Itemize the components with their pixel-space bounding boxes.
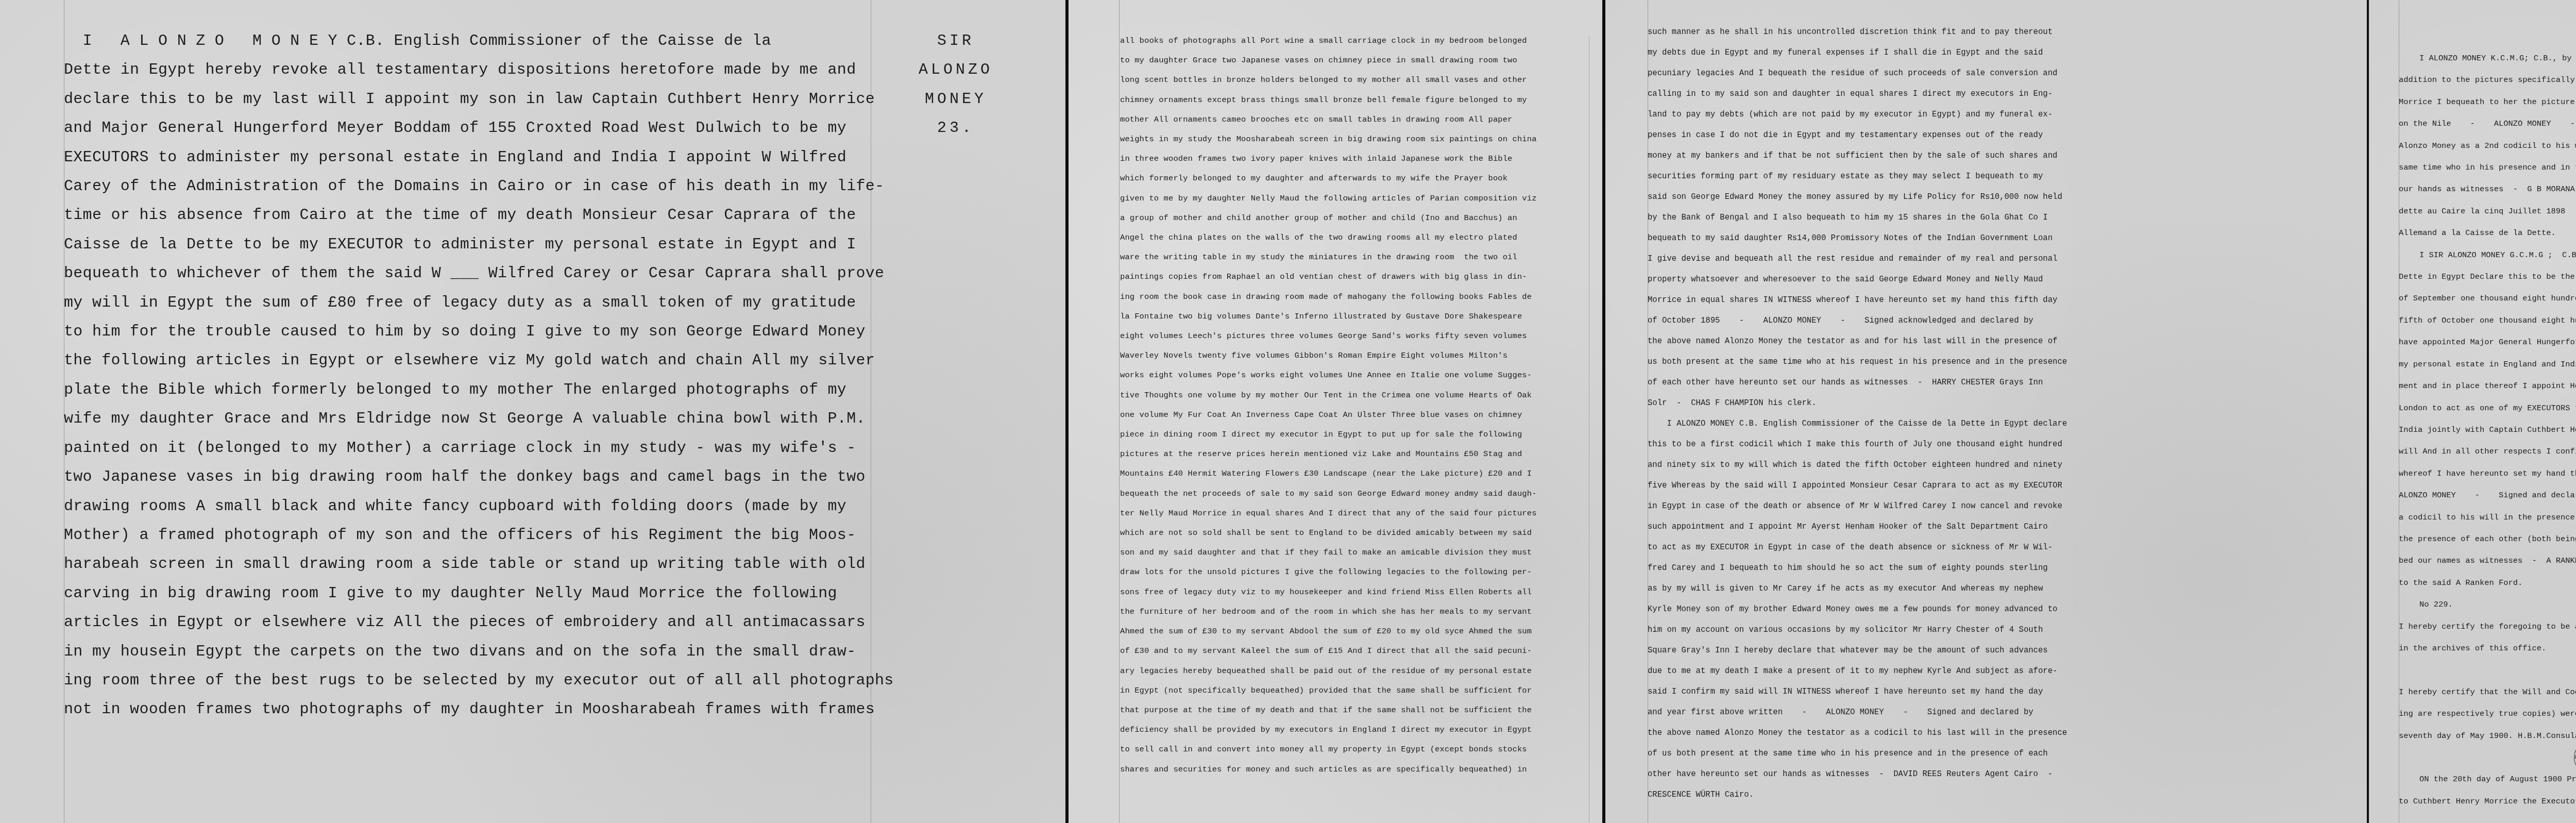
text-line: L.S.Raph: Borg. H.M's Consul.: [2399, 747, 2576, 768]
text-line: a group of mother and child another grou…: [1120, 208, 1537, 228]
text-line: the following articles in Egypt or elsew…: [64, 346, 894, 375]
text-line: carving in big drawing room I give to my…: [64, 579, 894, 608]
text-line: to act as my EXECUTOR in Egypt in case o…: [1648, 537, 2067, 558]
text-line: the above named Alonzo Money the testato…: [1648, 723, 2067, 743]
text-line: property whatsoever and wheresoever to t…: [1648, 269, 2067, 290]
text-line: tive Thoughts one volume by my mother Ou…: [1120, 385, 1537, 405]
right-margin-rule: [1589, 36, 1589, 823]
text-line: mother All ornaments cameo brooches etc …: [1120, 110, 1537, 129]
text-line: Angel the china plates on the walls of t…: [1120, 228, 1537, 247]
text-line: Waverley Novels twenty five volumes Gibb…: [1120, 346, 1537, 365]
text-line: money at my bankers and if that be not s…: [1648, 145, 2067, 166]
text-line: by the Bank of Bengal and I also bequeat…: [1648, 207, 2067, 228]
text-line: to sell call in and convert into money a…: [1120, 740, 1537, 759]
margin-rule: [1119, 0, 1120, 823]
text-line: which are not so sold shall be sent to E…: [1120, 523, 1537, 543]
text-line: pictures at the reserve prices herein me…: [1120, 444, 1537, 464]
text-line: Dette in Egypt hereby revoke all testame…: [64, 56, 894, 85]
text-line: due to me at my death I make a present o…: [1648, 661, 2067, 681]
text-line: EXECUTORS to administer my personal esta…: [64, 143, 894, 172]
text-line: ter Nelly Maud Morrice in equal shares A…: [1120, 503, 1537, 523]
text-line: us both present at the same time who at …: [1648, 351, 2067, 372]
text-line: draw lots for the unsold pictures I give…: [1120, 562, 1537, 582]
text-line: land to pay my debts (which are not paid…: [1648, 104, 2067, 125]
text-line: the presence of each other (both being p…: [2399, 528, 2576, 550]
text-line: said I confirm my said will IN WITNESS w…: [1648, 681, 2067, 702]
text-line: fifth of October one thousand eight hund…: [2399, 310, 2576, 331]
side-note-testator-name: SIRALONZOMONEY23.: [904, 27, 1007, 143]
text-line: paintings copies from Raphael an old ven…: [1120, 267, 1537, 287]
text-line: ary legacies hereby bequeathed shall be …: [1120, 661, 1537, 681]
text-line: such manner as he shall in his uncontrol…: [1648, 22, 2067, 42]
text-line: that purpose at the time of my death and…: [1120, 700, 1537, 720]
text-line: son and my said daughter and that if the…: [1120, 543, 1537, 562]
text-line: and Major General Hungerford Meyer Bodda…: [64, 114, 894, 143]
text-line: ing room the book case in drawing room m…: [1120, 287, 1537, 307]
text-line: ing are respectively true copies) were d…: [2399, 703, 2576, 725]
text-line: seventh day of May 1900. H.B.M.Consular …: [2399, 725, 2576, 747]
page-panel-4: I ALONZO MONEY K.C.M.G; C.B., by this se…: [2369, 0, 2576, 823]
page-panel-2: all books of photographs all Port wine a…: [1069, 0, 1602, 823]
second-codicil-and-probate-text: I ALONZO MONEY K.C.M.G; C.B., by this se…: [2399, 47, 2576, 812]
text-line: long scent bottles in bronze holders bel…: [1120, 70, 1537, 90]
text-line: I give devise and bequeath all the rest …: [1648, 248, 2067, 269]
text-line: Raph: Borg,H.M's Consul.: [2399, 659, 2576, 681]
text-line: of us both present at the same time who …: [1648, 743, 2067, 764]
text-line: on the Nile - ALONZO MONEY - Signed and …: [2399, 113, 2576, 135]
text-line: Carey of the Administration of the Domai…: [64, 172, 894, 201]
text-line: pecuniary legacies And I bequeath the re…: [1648, 63, 2067, 83]
page-panel-3: such manner as he shall in his uncontrol…: [1605, 0, 2367, 823]
text-line: Allemand a la Caisse de la Dette.: [2399, 222, 2576, 244]
text-line: of £30 and to my servant Kaleel the sum …: [1120, 641, 1537, 661]
text-line: MONEY: [904, 85, 1007, 114]
text-line: I hereby certify the foregoing to be a t…: [2399, 616, 2576, 637]
text-line: two Japanese vases in big drawing room h…: [64, 463, 894, 492]
text-line: one volume My Fur Coat An Inverness Cape…: [1120, 405, 1537, 425]
text-line: ware the writing table in my study the m…: [1120, 247, 1537, 267]
text-line: India jointly with Captain Cuthbert Henr…: [2399, 419, 2576, 441]
text-line: Dette in Egypt Declare this to be the se…: [2399, 266, 2576, 288]
will-residue-and-first-codicil-text: such manner as he shall in his uncontrol…: [1648, 22, 2067, 805]
text-line: fred Carey and I bequeath to him should …: [1648, 558, 2067, 578]
text-line: bequeath to whichever of them the said W…: [64, 259, 894, 288]
text-line: dette au Caire la cinq Juillet 1898 - OT…: [2399, 200, 2576, 222]
text-line: all books of photographs all Port wine a…: [1120, 31, 1537, 51]
text-line: addition to the pictures specifically be…: [2399, 69, 2576, 91]
text-line: to the said A Ranken Ford.: [2399, 572, 2576, 594]
text-line: same time who in his presence and in the…: [2399, 157, 2576, 178]
text-line: as by my will is given to Mr Carey if he…: [1648, 578, 2067, 599]
text-line: the above named Alonzo Money the testato…: [1648, 331, 2067, 351]
text-line: harabeah screen in small drawing room a …: [64, 550, 894, 579]
text-line: five Whereas by the said will I appointe…: [1648, 475, 2067, 496]
text-line: eight volumes Leech's pictures three vol…: [1120, 326, 1537, 346]
text-line: ON the 20th day of August 1900 Probate o…: [2399, 768, 2576, 790]
text-line: la Fontaine two big volumes Dante's Infe…: [1120, 307, 1537, 326]
text-line: sons free of legacy duty viz to my house…: [1120, 582, 1537, 602]
text-line: said son George Edward Money the money a…: [1648, 187, 2067, 207]
text-line: our hands as witnesses - G B MORANA TERM…: [2399, 178, 2576, 200]
text-line: deficiency shall be provided by my execu…: [1120, 720, 1537, 740]
text-line: Caisse de la Dette to be my EXECUTOR to …: [64, 230, 894, 259]
text-line: Square Gray's Inn I hereby declare that …: [1648, 640, 2067, 661]
text-line: have appointed Major General Hungerford …: [2399, 331, 2576, 353]
text-line: my personal estate in England and India …: [2399, 354, 2576, 375]
text-line: CRESCENCE WÜRTH Cairo.: [1648, 784, 2067, 805]
text-line: works eight volumes Pope's works eight v…: [1120, 365, 1537, 385]
text-line: Mother) a framed photograph of my son an…: [64, 521, 894, 550]
text-line: to Cuthbert Henry Morrice the Executor f…: [2399, 791, 2576, 812]
text-line: in the archives of this office. H.B.M. C…: [2399, 637, 2576, 659]
text-line: ing room three of the best rugs to be se…: [64, 666, 894, 695]
text-line: the furniture of her bedroom and of the …: [1120, 602, 1537, 622]
text-line: bequeath to my said daughter Rs14,000 Pr…: [1648, 228, 2067, 248]
text-line: not in wooden frames two photographs of …: [64, 695, 894, 724]
text-line: I A L O N Z O M O N E Y C.B. English Com…: [64, 27, 894, 56]
text-line: I SIR ALONZO MONEY G.C.M.G ; C.B; Englis…: [2399, 244, 2576, 266]
text-line: weights in my study the Moosharabeah scr…: [1120, 129, 1537, 149]
text-line: my will in Egypt the sum of £80 free of …: [64, 289, 894, 317]
text-line: which formerly belonged to my daughter a…: [1120, 169, 1537, 188]
text-line: I ALONZO MONEY K.C.M.G; C.B., by this se…: [2399, 47, 2576, 69]
text-line: securities forming part of my residuary …: [1648, 166, 2067, 187]
text-line: bed our names as witnesses - A RANKEN FO…: [2399, 550, 2576, 572]
text-line: ALONZO MONEY - Signed and declared by th…: [2399, 484, 2576, 506]
text-line: a codicil to his will in the presence of…: [2399, 507, 2576, 528]
text-line: articles in Egypt or elsewhere viz All t…: [64, 608, 894, 637]
text-line: in Egypt (not specifically bequeathed) p…: [1120, 681, 1537, 700]
text-line: given to me by my daughter Nelly Maud th…: [1120, 189, 1537, 208]
text-line: Alonzo Money as a 2nd codicil to his wil…: [2399, 135, 2576, 157]
text-line: of each other have hereunto set our hand…: [1648, 372, 2067, 393]
text-line: Mountains £40 Hermit Watering Flowers £3…: [1120, 464, 1537, 483]
text-line: other have hereunto set our hands as wit…: [1648, 764, 2067, 784]
text-line: my debts due in Egypt and my funeral exp…: [1648, 42, 2067, 63]
text-line: in three wooden frames two ivory paper k…: [1120, 149, 1537, 169]
text-line: in my housein Egypt the carpets on the t…: [64, 637, 894, 666]
text-line: penses in case I do not die in Egypt and…: [1648, 125, 2067, 145]
text-line: Ahmed the sum of £30 to my servant Abdoo…: [1120, 622, 1537, 641]
text-line: whereof I have hereunto set my hand the …: [2399, 463, 2576, 484]
text-line: to him for the trouble caused to him by …: [64, 317, 894, 346]
text-line: wife my daughter Grace and Mrs Eldridge …: [64, 405, 894, 433]
text-line: I hereby certify that the Will and Codic…: [2399, 681, 2576, 703]
text-line: piece in dining room I direct my executo…: [1120, 425, 1537, 444]
will-bequests-text: all books of photographs all Port wine a…: [1120, 31, 1537, 779]
text-line: calling in to my said son and daughter i…: [1648, 83, 2067, 104]
text-line: bequeath the net proceeds of sale to my …: [1120, 484, 1537, 503]
text-line: will And in all other respects I confirm…: [2399, 441, 2576, 462]
page-panel-1: I A L O N Z O M O N E Y C.B. English Com…: [0, 0, 1065, 823]
text-line: such appointment and I appoint Mr Ayerst…: [1648, 516, 2067, 537]
consular-seal-stamp: L.S.: [2574, 747, 2576, 768]
text-line: of October 1895 - ALONZO MONEY - Signed …: [1648, 310, 2067, 331]
text-line: Morrice in equal shares IN WITNESS where…: [1648, 290, 2067, 310]
text-line: ALONZO: [904, 56, 1007, 85]
text-line: and year first above written - ALONZO MO…: [1648, 702, 2067, 723]
text-line: Kyrle Money son of my brother Edward Mon…: [1648, 599, 2067, 619]
text-line: Solr - CHAS F CHAMPION his clerk.: [1648, 393, 2067, 413]
text-line: of September one thousand eight hundred …: [2399, 288, 2576, 309]
text-line: this to be a first codicil which I make …: [1648, 434, 2067, 455]
text-line: 23.: [904, 114, 1007, 143]
text-line: ment and in place thereof I appoint Herb…: [2399, 375, 2576, 397]
text-line: SIR: [904, 27, 1007, 56]
text-line: time or his absence from Cairo at the ti…: [64, 201, 894, 230]
text-line: I ALONZO MONEY C.B. English Commissioner…: [1648, 413, 2067, 434]
will-body-text: I A L O N Z O M O N E Y C.B. English Com…: [64, 27, 894, 725]
text-line: No 229.: [2399, 594, 2576, 615]
text-line: declare this to be my last will I appoin…: [64, 85, 894, 114]
text-line: drawing rooms A small black and white fa…: [64, 492, 894, 521]
text-line: Morrice I bequeath to her the picture by…: [2399, 91, 2576, 113]
text-line: London to act as one of my EXECUTORS to …: [2399, 397, 2576, 419]
text-line: to my daughter Grace two Japanese vases …: [1120, 51, 1537, 70]
text-line: painted on it (belonged to my Mother) a …: [64, 434, 894, 463]
text-line: shares and securities for money and such…: [1120, 760, 1537, 779]
text-line: chimney ornaments except brass things sm…: [1120, 90, 1537, 110]
text-line: in Egypt in case of the death or absence…: [1648, 496, 2067, 516]
text-line: him on my account on various occasions b…: [1648, 619, 2067, 640]
text-line: and ninety six to my will which is dated…: [1648, 455, 2067, 475]
text-line: plate the Bible which formerly belonged …: [64, 376, 894, 405]
